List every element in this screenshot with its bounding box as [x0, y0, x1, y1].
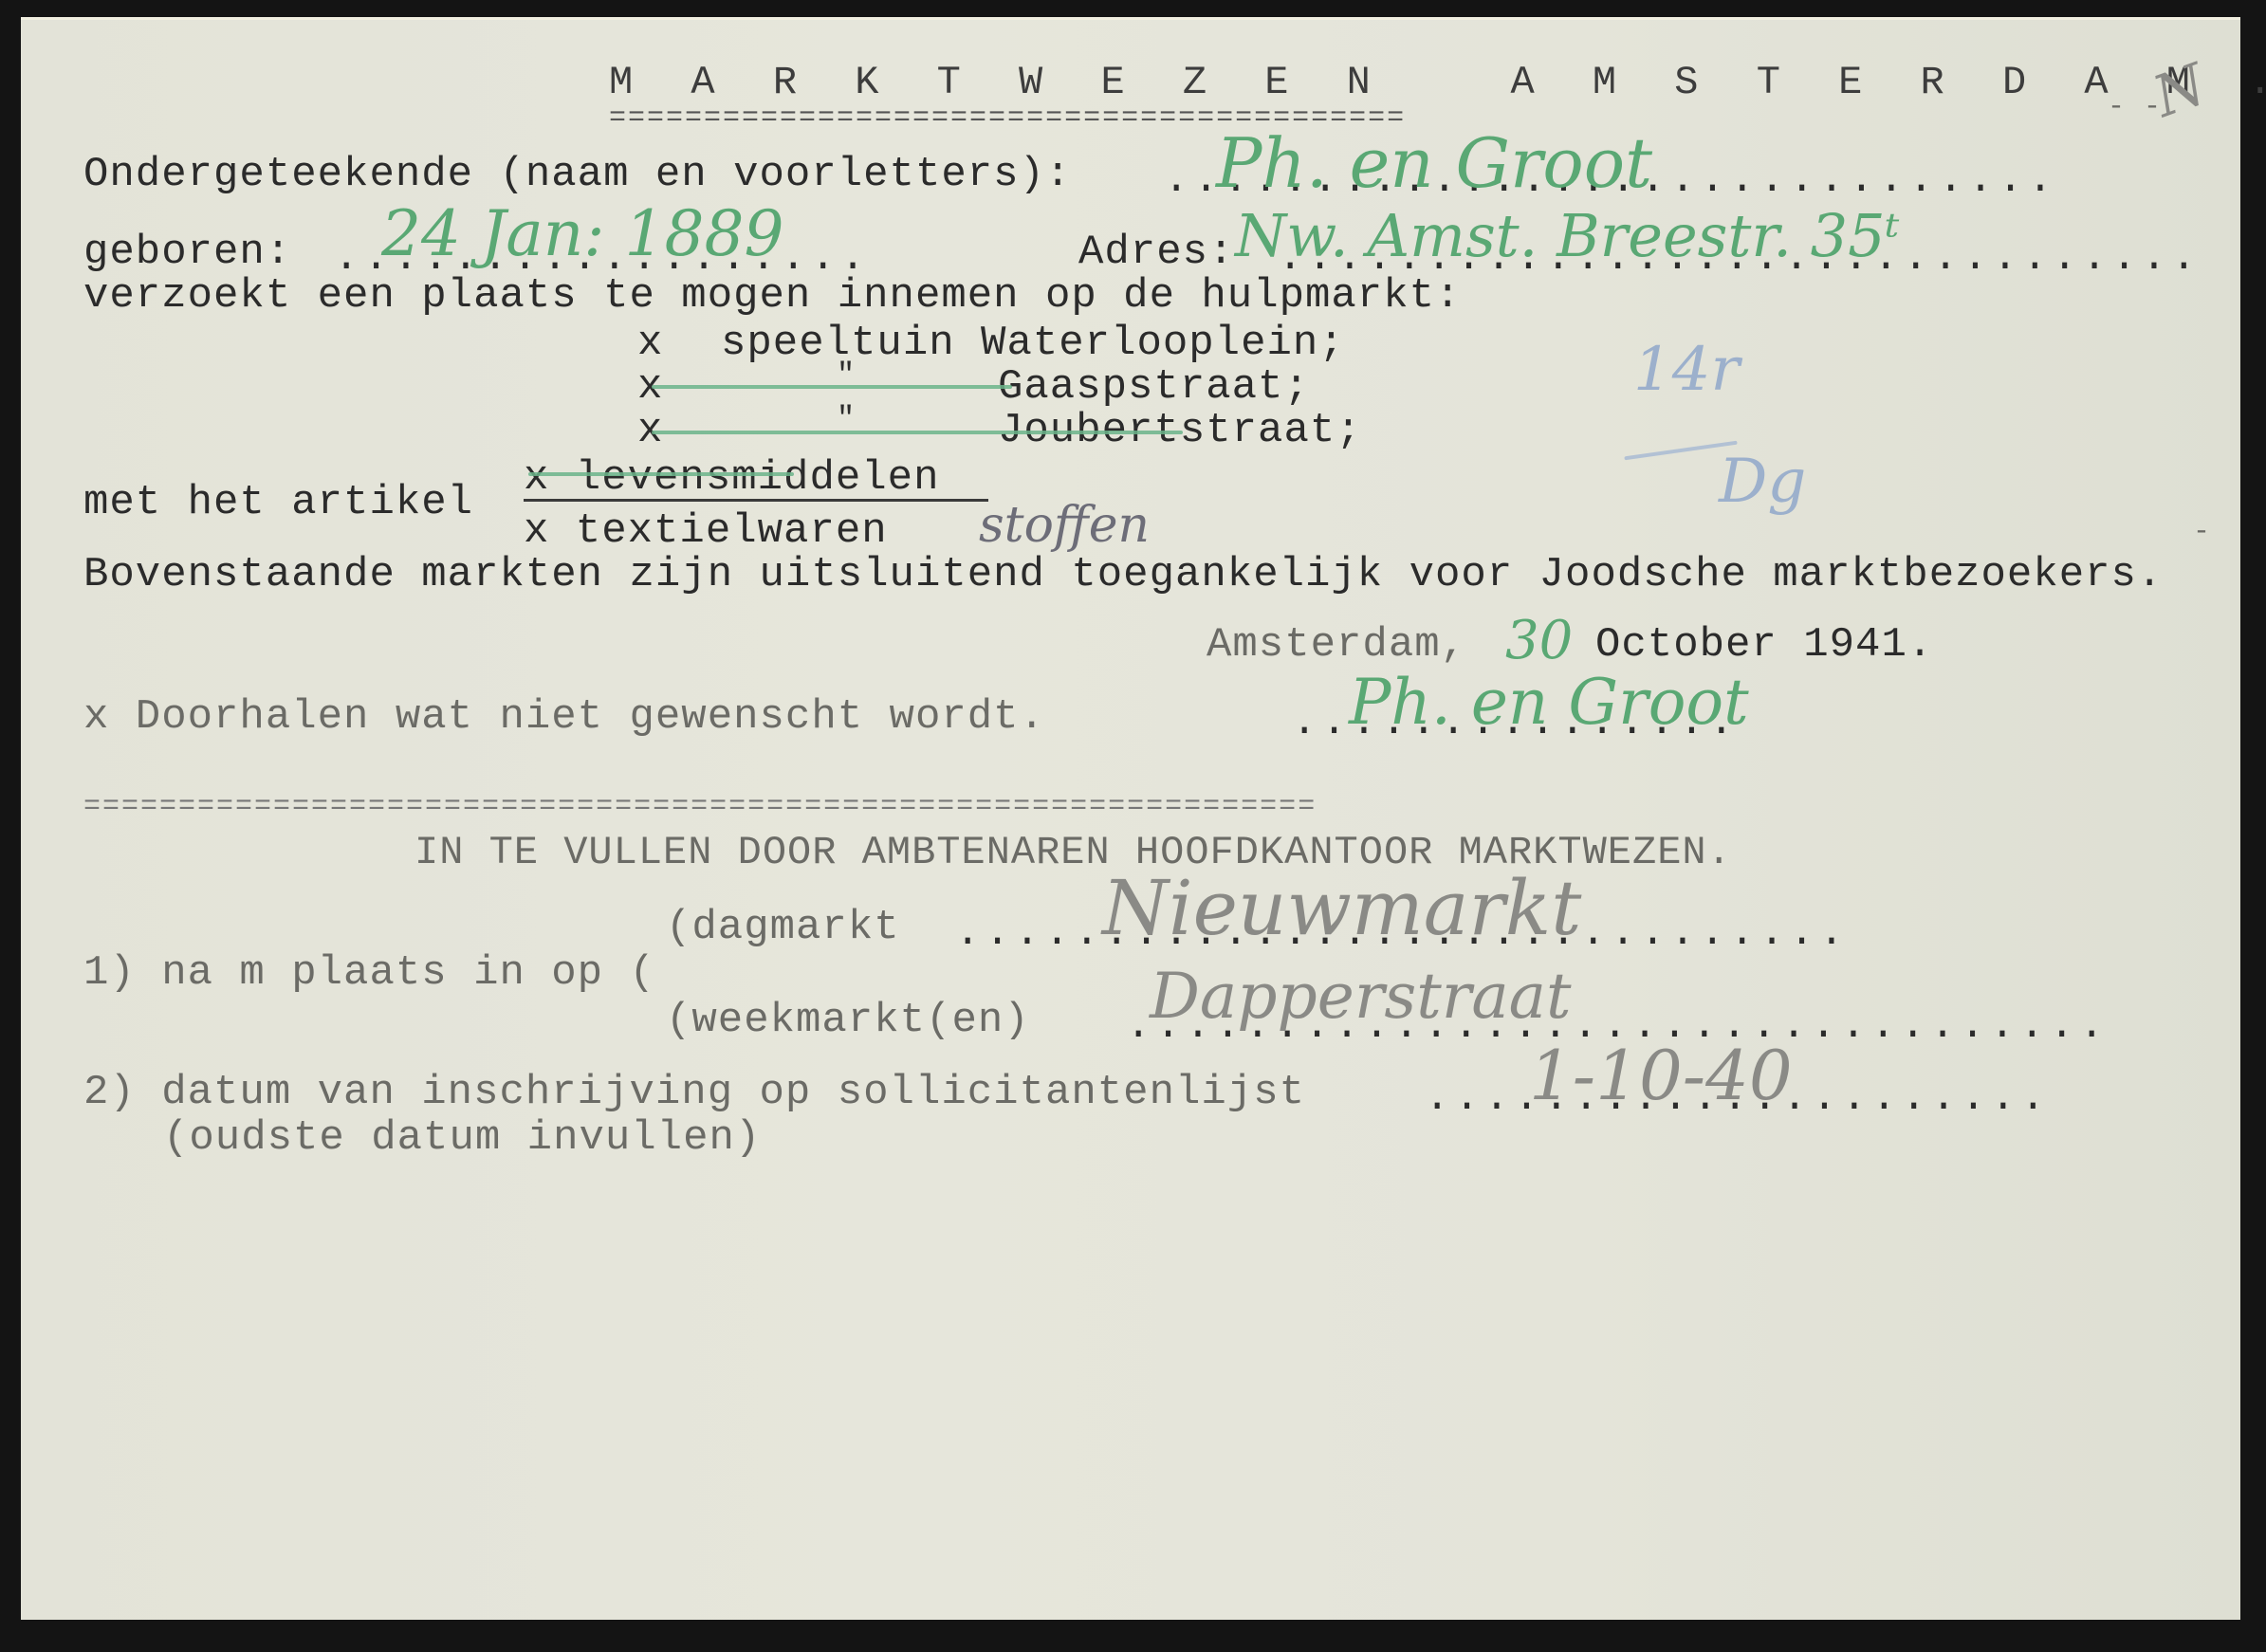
item-1-label: 1) na m plaats in op ( — [83, 952, 655, 994]
corner-mark: - - — [2108, 93, 2162, 121]
dagmarkt-value[interactable]: Nieuwmarkt — [1102, 871, 1581, 946]
request-line: verzoekt een plaats te mogen innemen op … — [83, 275, 1461, 317]
strikethrough-line — [652, 431, 1183, 434]
notice-text: Bovenstaande markten zijn uitsluitend to… — [83, 554, 2163, 596]
registration-card: M A R K T W E Z E N A M S T E R D A M . … — [21, 17, 2240, 1620]
signature[interactable]: Ph. en Groot — [1349, 671, 1749, 734]
footnote-text: x Doorhalen wat niet gewenscht wordt. — [83, 696, 1045, 738]
day-handwritten[interactable]: 30 — [1505, 615, 1573, 668]
margin-note-line2: Dg — [1719, 451, 1806, 512]
weekmarkt-label: (weekmarkt(en) — [666, 1000, 1030, 1041]
market-name: Gaaspstraat; — [998, 366, 1310, 408]
article-handwritten: stoffen — [979, 501, 1150, 550]
market-name: speeltuin Waterlooplein; — [721, 322, 1345, 364]
fraction-rule — [524, 499, 988, 502]
born-label: geboren: — [83, 231, 291, 273]
address-label: Adres: — [1078, 231, 1234, 273]
address-value[interactable]: Nw. Amst. Breestr. 35ᵗ — [1235, 207, 1900, 266]
born-value[interactable]: 24 Jan: 1889 — [381, 203, 783, 266]
edge-mark: - — [2193, 518, 2211, 546]
place-text: Amsterdam, — [1207, 624, 1466, 666]
item-2-label: 2) datum van inschrijving op sollicitant… — [83, 1072, 1305, 1113]
article-option-food[interactable]: x levensmiddelen — [524, 457, 939, 499]
item-2-sublabel: (oudste datum invullen) — [163, 1117, 761, 1159]
margin-note-line1: 14r — [1633, 340, 1740, 400]
name-label: Ondergeteekende (naam en voorletters): — [83, 154, 1071, 195]
document-title: M A R K T W E Z E N A M S T E R D A M . — [609, 63, 2266, 102]
item-2-value[interactable]: 1-10-40 — [1529, 1041, 1793, 1110]
name-value[interactable]: Ph. en Groot — [1216, 129, 1652, 197]
section-divider: ========================================… — [83, 793, 1317, 821]
weekmarkt-value[interactable]: Dapperstraat — [1150, 965, 1572, 1028]
strikethrough-line — [652, 385, 1012, 389]
article-label: met het artikel — [83, 482, 473, 523]
article-option-textiles[interactable]: x textielwaren — [524, 510, 888, 552]
dagmarkt-label: (dagmarkt — [666, 907, 900, 948]
strikethrough-line — [528, 472, 794, 476]
market-marker: x — [637, 322, 663, 364]
month-year-text: October 1941. — [1595, 624, 1933, 666]
